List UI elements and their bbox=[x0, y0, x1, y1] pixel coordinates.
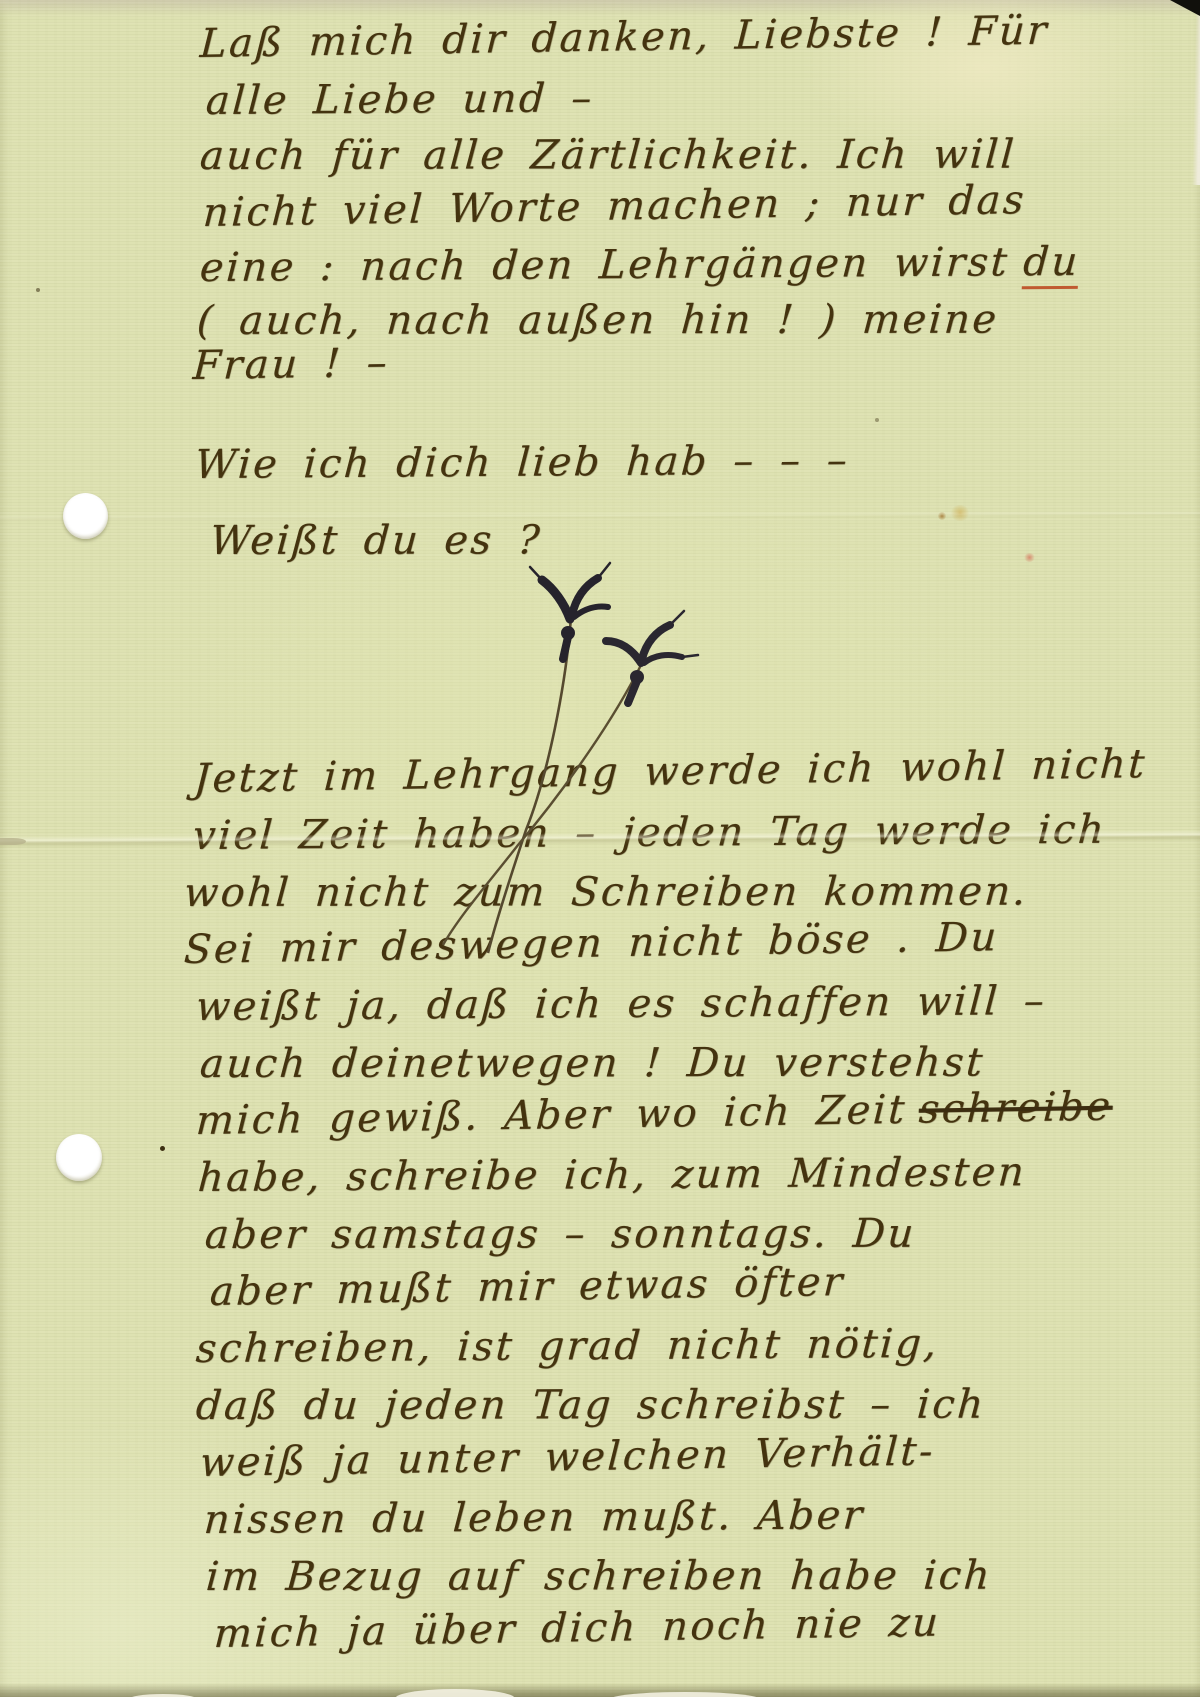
paper-stain-yellow bbox=[950, 505, 970, 521]
handwritten-line-8: Wie ich dich lieb hab – – – bbox=[194, 438, 851, 487]
handwritten-line-24: im Bezug auf schreiben habe ich bbox=[205, 1554, 994, 1599]
flower-head-right bbox=[606, 611, 698, 703]
paper-edge-sliver bbox=[1192, 0, 1200, 185]
handwritten-line-14: weißt ja, daß ich es schaffen will – bbox=[195, 979, 1048, 1029]
handwritten-line-5: eine : nach den Lehrgängen wirstdu bbox=[199, 240, 1081, 290]
fold-crease-faint bbox=[0, 510, 1200, 522]
handwritten-line-1: Laß mich dir danken, Liebste ! Für bbox=[199, 9, 1050, 66]
handwritten-line-6: ( auch, nach außen hin ! ) meine bbox=[196, 298, 1001, 343]
paper-stain-rust bbox=[938, 512, 946, 520]
handwritten-line-20: schreiben, ist grad nicht nötig, bbox=[195, 1322, 940, 1371]
pressed-flower bbox=[360, 545, 700, 965]
handwritten-line-3: auch für alle Zärtlichkeit. Ich will bbox=[199, 133, 1018, 178]
ink-speck bbox=[160, 1146, 165, 1151]
line-5-text: eine : nach den Lehrgängen wirst bbox=[199, 239, 1011, 291]
punch-hole-top bbox=[63, 493, 108, 539]
handwritten-line-17: habe, schreibe ich, zum Mindesten bbox=[197, 1150, 1028, 1200]
flower-stem-left bbox=[488, 617, 571, 953]
punch-hole-bottom bbox=[56, 1134, 102, 1181]
handwritten-line-2: alle Liebe und – bbox=[205, 76, 596, 123]
red-underlined-word: du bbox=[1022, 239, 1082, 289]
flower-stem-right bbox=[443, 665, 641, 945]
handwritten-line-19: aber mußt mir etwas öfter bbox=[209, 1260, 846, 1314]
handwritten-line-22: weiß ja unter welchen Verhält- bbox=[199, 1429, 936, 1485]
line-16-text: mich gewiß. Aber wo ich Zeit bbox=[195, 1087, 908, 1144]
edge-notch bbox=[0, 838, 26, 845]
flower-node-right bbox=[630, 670, 644, 684]
scan-corner-artifact bbox=[1170, 0, 1200, 16]
handwritten-line-23: nissen du leben mußt. Aber bbox=[203, 1493, 866, 1542]
handwritten-line-16: mich gewiß. Aber wo ich Zeitschreibe bbox=[195, 1085, 1114, 1143]
handwritten-line-7: Frau ! – bbox=[192, 341, 391, 388]
handwritten-line-18: aber samstags – sonntags. Du bbox=[204, 1212, 918, 1257]
flower-node-left bbox=[561, 626, 575, 640]
handwritten-line-25: mich ja über dich noch nie zu bbox=[213, 1601, 942, 1656]
handwritten-line-21: daß du jeden Tag schreibst – ich bbox=[195, 1383, 988, 1428]
paper-stain-pink bbox=[1024, 553, 1035, 562]
handwritten-line-15: auch deinetwegen ! Du verstehst bbox=[199, 1041, 987, 1086]
struck-through-word: schreibe bbox=[918, 1084, 1114, 1133]
letter-page: Laß mich dir danken, Liebste ! Für alle … bbox=[0, 0, 1200, 1697]
handwritten-line-4: nicht viel Worte machen ; nur das bbox=[202, 178, 1027, 235]
ink-speck bbox=[36, 288, 40, 292]
flower-head-left bbox=[530, 563, 610, 659]
ink-speck bbox=[875, 418, 879, 422]
